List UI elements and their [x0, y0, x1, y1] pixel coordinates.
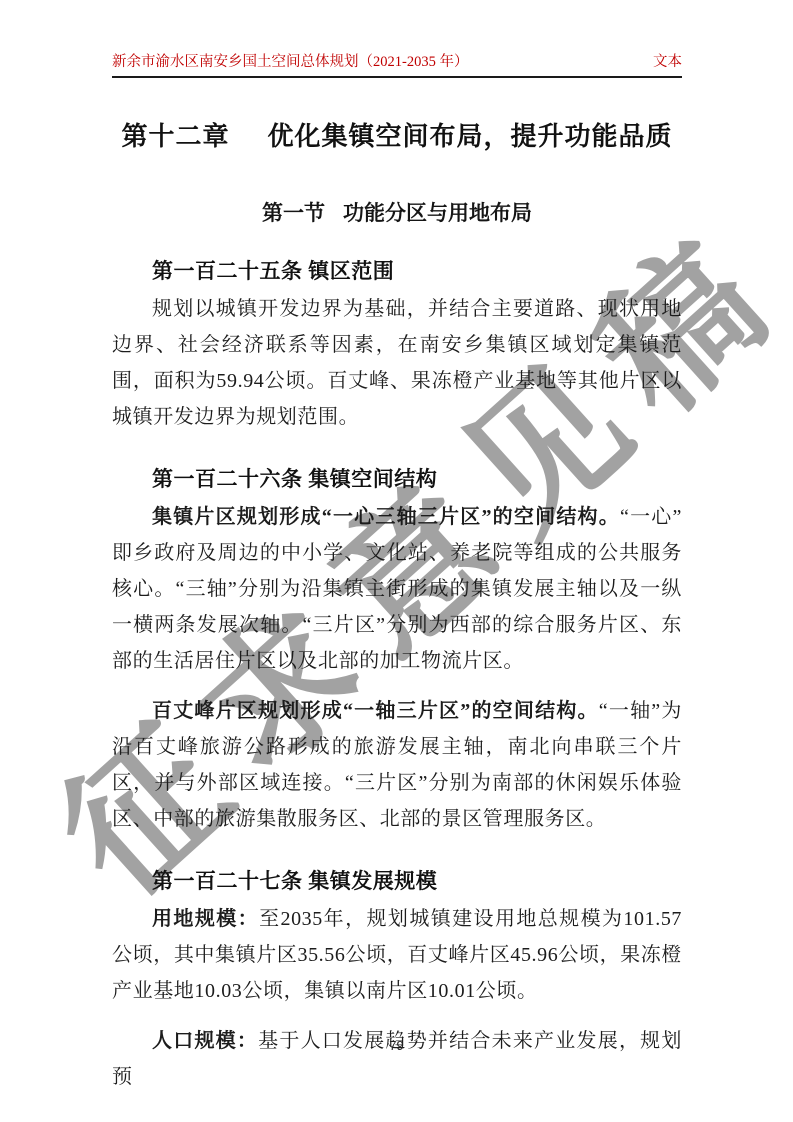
page-number: 79: [0, 1038, 793, 1053]
paragraph-lead: 集镇片区规划形成“一心三轴三片区”的空间结构。: [152, 506, 620, 528]
chapter-name: 优化集镇空间布局，提升功能品质: [268, 122, 673, 151]
paragraph-text: “一心”即乡政府及周边的中小学、文化站、养老院等组成的公共服务核心。“三轴”分别…: [112, 506, 682, 672]
article-heading-126: 第一百二十六条 集镇空间结构: [112, 463, 682, 493]
body-paragraph: 百丈峰片区规划形成“一轴三片区”的空间结构。“一轴”为沿百丈峰旅游公路形成的旅游…: [112, 693, 682, 837]
page-header: 新余市渝水区南安乡国土空间总体规划（2021-2035 年） 文本: [112, 50, 682, 78]
article-heading-127: 第一百二十七条 集镇发展规模: [112, 865, 682, 895]
header-plan-title: 新余市渝水区南安乡国土空间总体规划（2021-2035 年）: [112, 50, 468, 71]
body-paragraph: 用地规模：至2035年，规划城镇建设用地总规模为101.57公顷，其中集镇片区3…: [112, 901, 682, 1009]
body-paragraph: 集镇片区规划形成“一心三轴三片区”的空间结构。“一心”即乡政府及周边的中小学、文…: [112, 499, 682, 679]
paragraph-lead: 用地规模：: [152, 908, 259, 930]
section-number: 第一节: [262, 202, 325, 225]
body-paragraph: 人口规模：基于人口发展趋势并结合未来产业发展，规划预: [112, 1023, 682, 1095]
article-heading-125: 第一百二十五条 镇区范围: [112, 255, 682, 285]
page-content: 新余市渝水区南安乡国土空间总体规划（2021-2035 年） 文本 第十二章优化…: [112, 50, 682, 1109]
section-name: 功能分区与用地布局: [343, 202, 532, 225]
chapter-title: 第十二章优化集镇空间布局，提升功能品质: [112, 116, 682, 153]
paragraph-text: 规划以城镇开发边界为基础，并结合主要道路、现状用地边界、社会经济联系等因素，在南…: [112, 298, 682, 428]
chapter-number: 第十二章: [121, 122, 229, 151]
body-paragraph: 规划以城镇开发边界为基础，并结合主要道路、现状用地边界、社会经济联系等因素，在南…: [112, 291, 682, 435]
paragraph-lead: 百丈峰片区规划形成“一轴三片区”的空间结构。: [152, 700, 599, 722]
document-page: 征求意见稿 新余市渝水区南安乡国土空间总体规划（2021-2035 年） 文本 …: [0, 0, 793, 1122]
header-doc-type: 文本: [653, 50, 682, 71]
section-title: 第一节功能分区与用地布局: [112, 197, 682, 227]
